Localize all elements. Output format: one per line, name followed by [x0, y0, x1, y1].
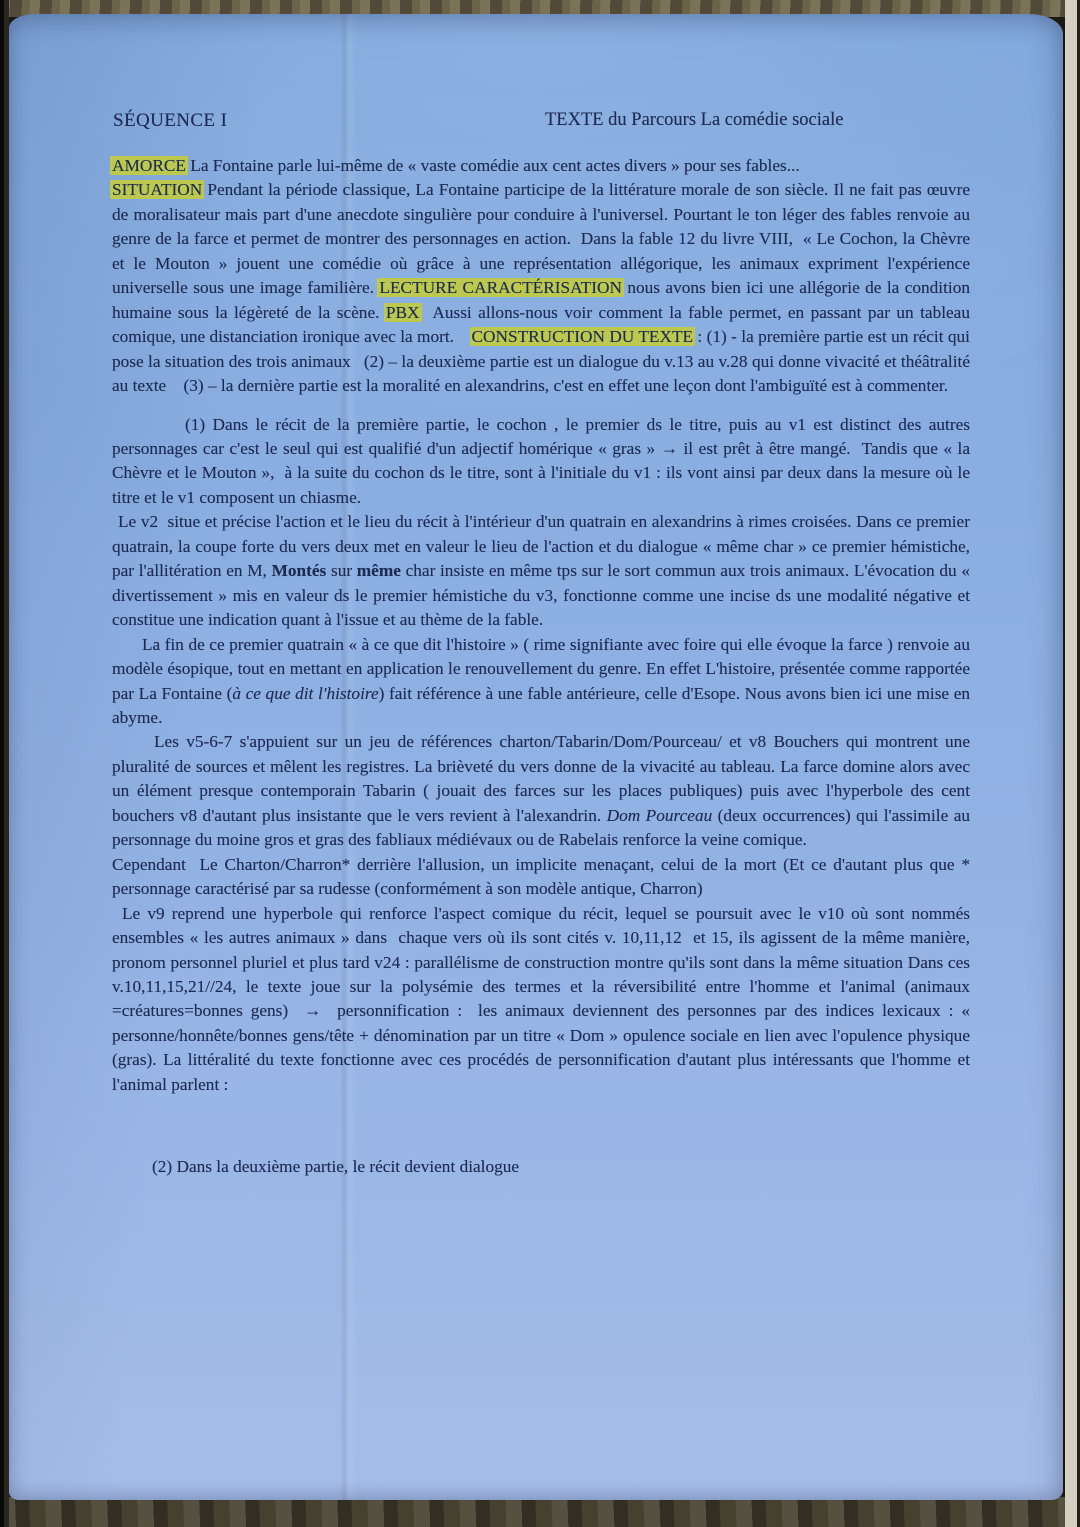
text-run: (1) Dans le récit de la première partie,… — [112, 415, 970, 507]
part1-paragraph: (1) Dans le récit de la première partie,… — [112, 413, 970, 511]
text-run: Cependant Le Charton/Charron* derrière l… — [112, 855, 970, 898]
text-run: sur — [326, 561, 356, 580]
parcours-title: TEXTE du Parcours La comédie sociale — [545, 110, 843, 131]
text-run: même — [357, 561, 401, 580]
highlighted-text: LECTURE CARACTÉRISATION — [379, 278, 622, 297]
text-run: Montés — [272, 561, 327, 580]
v2-paragraph: Le v2 situe et précise l'action et le li… — [112, 510, 970, 632]
photo-background: SÉQUENCE I TEXTE du Parcours La comédie … — [0, 0, 1080, 1527]
paper-sheet: SÉQUENCE I TEXTE du Parcours La comédie … — [9, 14, 1063, 1500]
text-run: (2) Dans la deuxième partie, le récit de… — [152, 1157, 519, 1176]
part2-heading: (2) Dans la deuxième partie, le récit de… — [112, 1155, 970, 1179]
text-run: à ce que dit l'histoire — [232, 684, 378, 703]
document-body: AMORCE La Fontaine parle lui-même de « v… — [112, 154, 970, 1180]
charton-paragraph: Cependant Le Charton/Charron* derrière l… — [112, 853, 970, 902]
highlighted-text: SITUATION — [112, 180, 202, 199]
document-header: SÉQUENCE I TEXTE du Parcours La comédie … — [112, 110, 970, 138]
highlighted-text: AMORCE — [112, 156, 186, 175]
situation-block: SITUATION Pendant la période classique, … — [112, 178, 970, 398]
highlighted-text: CONSTRUCTION DU TEXTE — [472, 327, 694, 346]
text-run: Le v9 reprend une hyperbole qui renforce… — [112, 904, 970, 1094]
amorce-line: AMORCE La Fontaine parle lui-même de « v… — [112, 154, 970, 178]
highlighted-text: PBX — [386, 303, 420, 322]
v5-7-paragraph: Les v5-6-7 s'appuient sur un jeu de réfé… — [112, 730, 970, 852]
quatrain-end-paragraph: La fin de ce premier quatrain « à ce que… — [112, 633, 970, 731]
sequence-title: SÉQUENCE I — [113, 110, 227, 132]
v9-paragraph: Le v9 reprend une hyperbole qui renforce… — [112, 902, 970, 1098]
text-run: Dom Pourceau — [607, 806, 713, 825]
document-content: SÉQUENCE I TEXTE du Parcours La comédie … — [112, 110, 970, 1180]
text-run: La Fontaine parle lui-même de « vaste co… — [186, 156, 800, 175]
